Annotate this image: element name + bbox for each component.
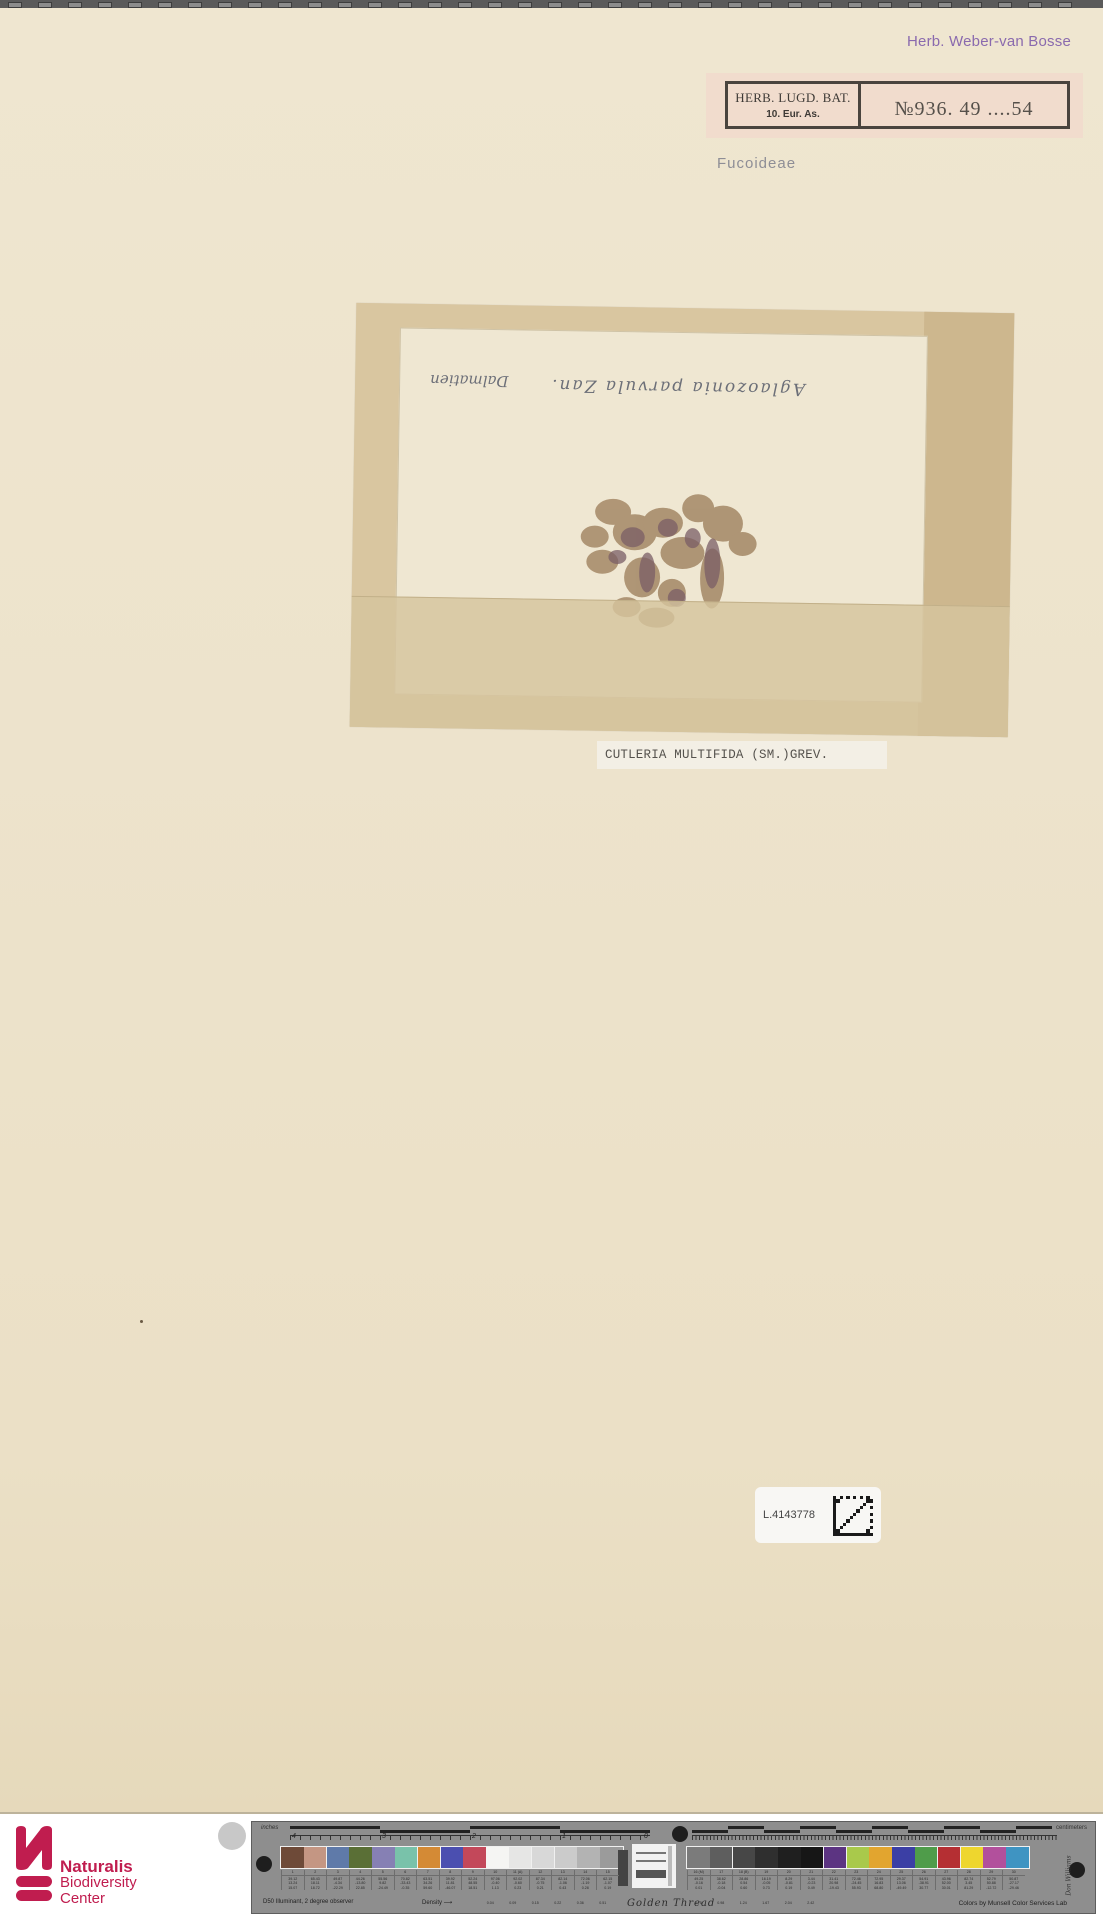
patch-values: 3050.87-27.17-29.46	[1002, 1870, 1025, 1890]
punch-hole	[256, 1856, 272, 1872]
top-film-strip	[0, 0, 1103, 8]
registration-number: №936. 49 ....54	[861, 84, 1067, 126]
inches-label: inches	[261, 1825, 278, 1831]
color-patch	[1006, 1847, 1029, 1868]
color-patch	[281, 1847, 304, 1868]
signature: Don Williams	[1065, 1855, 1072, 1895]
barcode-label: L.4143778	[755, 1487, 881, 1543]
patch-values: 763.5134.2659.60	[416, 1870, 439, 1890]
color-patch	[710, 1847, 733, 1868]
color-patch	[687, 1847, 710, 1868]
color-patch	[869, 1847, 892, 1868]
density-value: 0.09	[502, 1901, 525, 1905]
family-stamp: Fucoideae	[717, 155, 796, 172]
patch-values: 1287.34-0.750.21	[529, 1870, 552, 1890]
section-code: 10. Eur. As.	[766, 109, 820, 120]
density-value: 0.98	[710, 1901, 733, 1905]
color-patch	[915, 1847, 938, 1868]
patch-values: 18 (B)28.860.540.60	[732, 1870, 755, 1890]
color-patch	[509, 1847, 532, 1868]
patch-values: 2529.3713.06-49.49	[890, 1870, 913, 1890]
color-patch	[441, 1847, 464, 1868]
color-patch	[463, 1847, 486, 1868]
lab-values-right: 16 (M)49.25-0.160.011738.62-0.18-0.0418 …	[687, 1870, 1025, 1890]
density-values-right: 0.750.981.241.672.042.42	[687, 1901, 822, 1905]
color-patch	[755, 1847, 778, 1868]
color-patch	[577, 1847, 600, 1868]
density-value: 0.22	[547, 1901, 570, 1905]
density-value: 2.04	[777, 1901, 800, 1905]
patch-values: 2654.91-38.9130.77	[912, 1870, 935, 1890]
patch-values: 2882.743.4581.29	[957, 1870, 980, 1890]
patch-values: 2743.9652.0030.01	[935, 1870, 958, 1890]
patch-values: 555.569.82-24.49	[371, 1870, 394, 1890]
density-value: 0.15	[524, 1901, 547, 1905]
handwritten-name: Aglaozonia parvula Zan.	[550, 375, 805, 399]
munsell-credit: Colors by Munsell Color Services Lab	[959, 1900, 1067, 1907]
patch-values: 1562.15-1.070.19	[596, 1870, 619, 1890]
patch-values: 349.87-4.34-22.29	[326, 1870, 349, 1890]
color-patch	[778, 1847, 801, 1868]
color-patch	[892, 1847, 915, 1868]
patch-values: 2231.4120.98-19.43	[822, 1870, 845, 1890]
density-value: 1.67	[755, 1901, 778, 1905]
centimeters-label: centimeters	[1056, 1825, 1087, 1831]
color-patch	[938, 1847, 961, 1868]
density-value: 0.36	[569, 1901, 592, 1905]
packet-fold-band	[350, 596, 1010, 737]
color-patch	[372, 1847, 395, 1868]
color-patch	[395, 1847, 418, 1868]
patch-values: 11 (A)92.02-0.600.23	[506, 1870, 529, 1890]
owner-stamp: Herb. Weber-van Bosse	[907, 33, 1071, 50]
catalog-number: L.4143778	[763, 1509, 815, 1521]
color-patch	[327, 1847, 350, 1868]
patch-values: 2372.46-24.4555.93	[845, 1870, 868, 1890]
grey-circle-marker	[218, 1822, 246, 1850]
patch-values: 208.29-0.810.19	[777, 1870, 800, 1890]
patch-values: 213.44-0.230.49	[800, 1870, 823, 1890]
density-value: 2.42	[800, 1901, 823, 1905]
punch-hole	[672, 1826, 688, 1842]
illuminant-label: D50 Illuminant, 2 degree observer	[263, 1899, 353, 1905]
patch-values: 2952.7950.88-12.72	[980, 1870, 1003, 1890]
patch-values: 1382.14-1.060.43	[551, 1870, 574, 1890]
density-values-left: 0.040.090.150.220.360.51	[479, 1901, 614, 1905]
color-patch	[532, 1847, 555, 1868]
patch-values: 1097.06-0.401.13	[484, 1870, 507, 1890]
herbarium-sheet: Herb. Weber-van Bosse HERB. LUGD. BAT. 1…	[0, 8, 1103, 1814]
patch-values: 670.82-33.43-0.35	[394, 1870, 417, 1890]
registration-box: HERB. LUGD. BAT. 10. Eur. As. №936. 49 .…	[725, 81, 1070, 129]
specimen-packet: Dalmatien Aglaozonia parvula Zan.	[350, 303, 1015, 737]
naturalis-logo: Naturalis Biodiversity Center	[14, 1826, 144, 1916]
color-patch	[349, 1847, 372, 1868]
patch-values: 444.26-13.8022.85	[349, 1870, 372, 1890]
color-patch	[824, 1847, 847, 1868]
density-value: 0.04	[479, 1901, 502, 1905]
color-patch	[555, 1847, 578, 1868]
patch-values: 139.1213.2415.07	[281, 1870, 304, 1890]
patch-values: 2472.9516.8368.80	[867, 1870, 890, 1890]
color-patch	[983, 1847, 1006, 1868]
naturalis-n-icon	[14, 1826, 64, 1916]
color-patch	[801, 1847, 824, 1868]
patch-values: 1738.62-0.18-0.04	[710, 1870, 733, 1890]
patch-values: 16 (M)49.25-0.160.01	[687, 1870, 710, 1890]
density-value: 0.75	[687, 1901, 710, 1905]
patch-values: 265.4318.1118.72	[304, 1870, 327, 1890]
datamatrix-icon	[833, 1496, 873, 1536]
color-patches-right	[686, 1846, 1030, 1869]
cm-ruler	[692, 1826, 1057, 1840]
density-value: 0.51	[592, 1901, 615, 1905]
density-value: 1.24	[732, 1901, 755, 1905]
logo-line-1: Naturalis	[60, 1859, 137, 1875]
determination-label: CUTLERIA MULTIFIDA (SM.)GREV.	[597, 741, 887, 769]
color-patch	[961, 1847, 984, 1868]
color-patch	[733, 1847, 756, 1868]
logo-line-3: Center	[60, 1891, 137, 1907]
color-calibration-chart: inches centimeters 4 3 2 1 0 139.1	[251, 1821, 1096, 1914]
color-patch	[418, 1847, 441, 1868]
registration-label: HERB. LUGD. BAT. 10. Eur. As. №936. 49 .…	[706, 73, 1083, 138]
density-label: Density ⟶	[422, 1899, 452, 1906]
patch-values: 1472.06-1.190.28	[574, 1870, 597, 1890]
handwritten-locality: Dalmatien	[430, 371, 509, 390]
inch-ruler: 4 3 2 1 0	[290, 1826, 650, 1840]
color-patch	[304, 1847, 327, 1868]
color-patch	[486, 1847, 509, 1868]
patch-values: 1916.19-0.050.73	[755, 1870, 778, 1890]
resolution-target	[632, 1844, 676, 1888]
paper-speck	[140, 1320, 143, 1323]
patch-values: 839.9211.81-46.07	[439, 1870, 462, 1890]
registration-institution: HERB. LUGD. BAT. 10. Eur. As.	[728, 84, 861, 126]
patch-values: 952.2448.5518.51	[461, 1870, 484, 1890]
color-patches-left	[280, 1846, 624, 1869]
lab-values-left: 139.1213.2415.07265.4318.1118.72349.87-4…	[281, 1870, 619, 1890]
color-patch	[847, 1847, 870, 1868]
logo-text: Naturalis Biodiversity Center	[60, 1859, 137, 1907]
logo-line-2: Biodiversity	[60, 1875, 137, 1891]
institution-name: HERB. LUGD. BAT.	[735, 90, 850, 106]
